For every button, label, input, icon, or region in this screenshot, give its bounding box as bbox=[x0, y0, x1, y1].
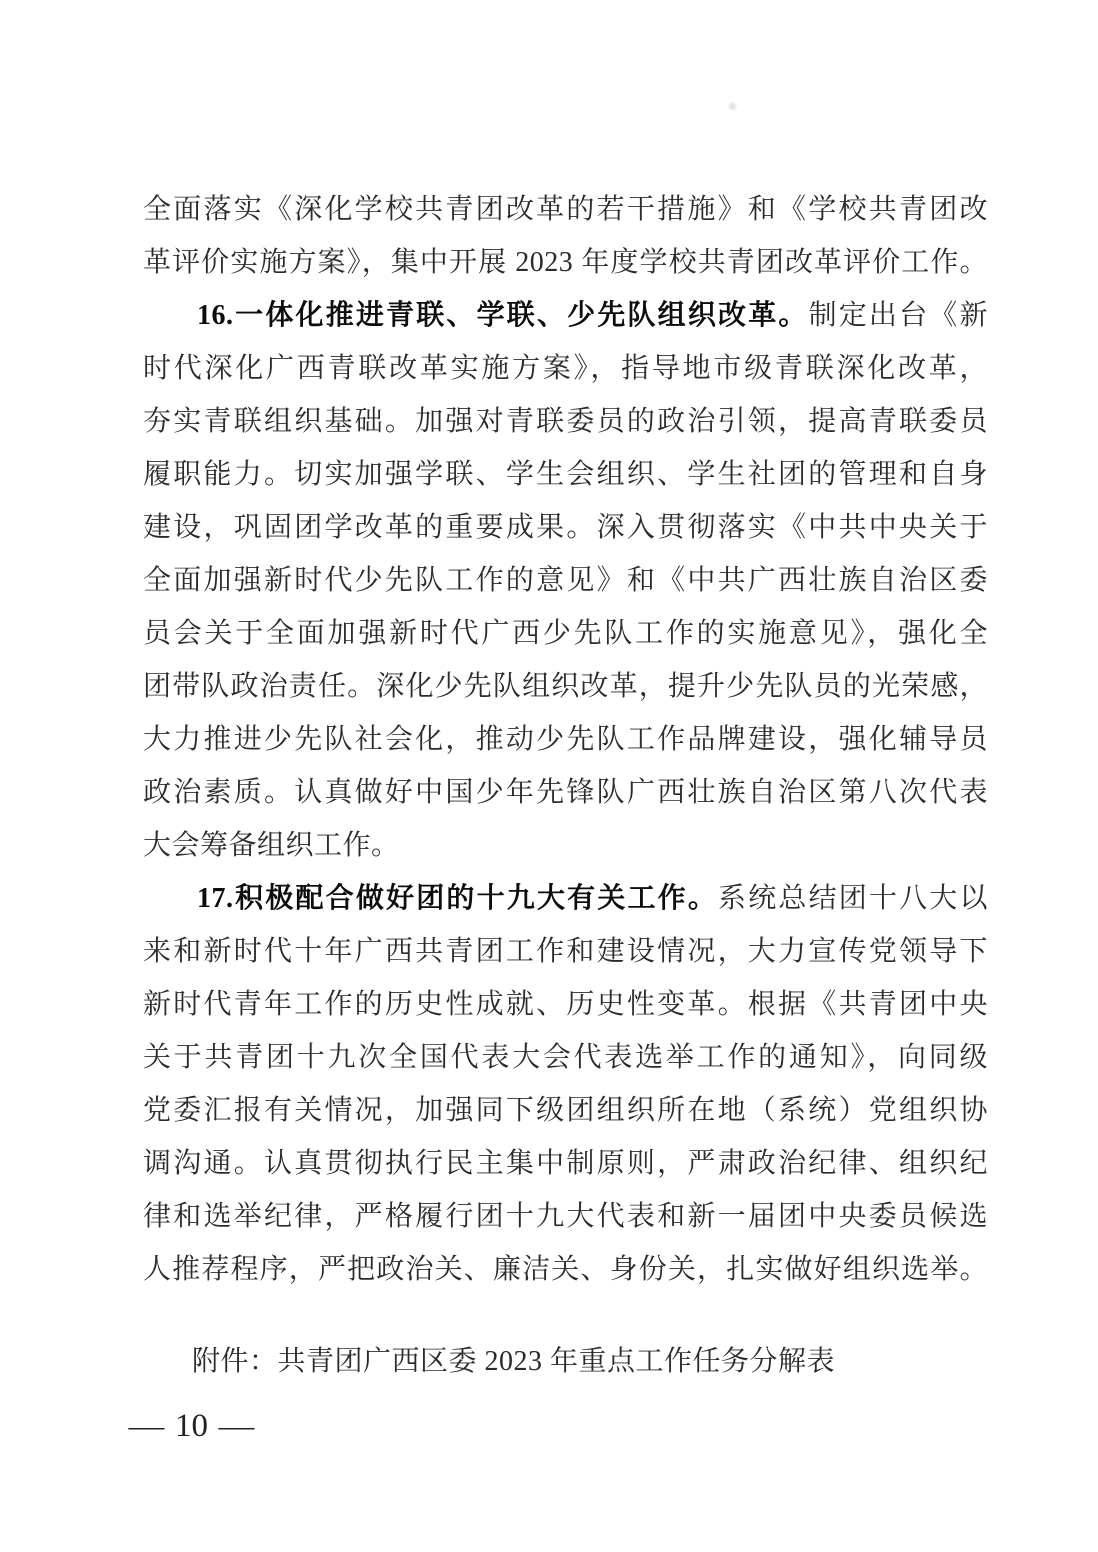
text-line: 团带队政治责任。深化少先队组织改革，提升少先队员的光荣感， bbox=[143, 660, 988, 713]
para17-first-line-rest: 系统总结团十八大以 bbox=[718, 883, 988, 914]
text-line: 关于共青团十九次全国代表大会代表选举工作的通知》，向同级 bbox=[143, 1031, 988, 1084]
text-line: 员会关于全面加强新时代广西少先队工作的实施意见》，强化全 bbox=[143, 607, 988, 660]
text-line: 大力推进少先队社会化，推动少先队工作品牌建设，强化辅导员 bbox=[143, 713, 988, 766]
para17-last-line: 人推荐程序，严把政治关、廉洁关、身份关，扎实做好组织选举。 bbox=[143, 1243, 988, 1296]
attachment-note: 附件：共青团广西区委 2023 年重点工作任务分解表 bbox=[143, 1335, 988, 1388]
text-line: 时代深化广西青联改革实施方案》，指导地市级青联深化改革， bbox=[143, 342, 988, 395]
text-line: 调沟通。认真贯彻执行民主集中制原则，严肃政治纪律、组织纪 bbox=[143, 1137, 988, 1190]
text-line: 政治素质。认真做好中国少年先锋队广西壮族自治区第八次代表 bbox=[143, 766, 988, 819]
text-line: 建设，巩固团学改革的重要成果。深入贯彻落实《中共中央关于 bbox=[143, 501, 988, 554]
text-line: 夯实青联组织基础。加强对青联委员的政治引领，提高青联委员 bbox=[143, 395, 988, 448]
para16-first-line: 16.一体化推进青联、学联、少先队组织改革。制定出台《新 bbox=[143, 289, 988, 342]
page-number: — 10 — bbox=[131, 1404, 252, 1448]
text-line: 全面加强新时代少先队工作的意见》和《中共广西壮族自治区委 bbox=[143, 554, 988, 607]
text-line: 全面落实《深化学校共青团改革的若干措施》和《学校共青团改 bbox=[143, 183, 988, 236]
document-body: 全面落实《深化学校共青团改革的若干措施》和《学校共青团改 革评价实施方案》，集中… bbox=[143, 183, 988, 1388]
text-line: 党委汇报有关情况，加强同下级团组织所在地（系统）党组织协 bbox=[143, 1084, 988, 1137]
text-line: 律和选举纪律，严格履行团十九大代表和新一届团中央委员候选 bbox=[143, 1190, 988, 1243]
text-line: 来和新时代十年广西共青团工作和建设情况，大力宣传党领导下 bbox=[143, 925, 988, 978]
para16-last-line: 大会筹备组织工作。 bbox=[143, 819, 988, 872]
para16-heading: 16.一体化推进青联、学联、少先队组织改革。 bbox=[197, 300, 809, 331]
text-line: 新时代青年工作的历史性成就、历史性变革。根据《共青团中央 bbox=[143, 978, 988, 1031]
page-number-right-dash: — bbox=[219, 1408, 255, 1444]
page-number-left-dash: — bbox=[129, 1408, 165, 1444]
document-page: 全面落实《深化学校共青团改革的若干措施》和《学校共青团改 革评价实施方案》，集中… bbox=[0, 0, 1098, 1552]
para17-first-line: 17.积极配合做好团的十九大有关工作。系统总结团十八大以 bbox=[143, 872, 988, 925]
para16-first-line-rest: 制定出台《新 bbox=[809, 300, 988, 331]
para17-heading: 17.积极配合做好团的十九大有关工作。 bbox=[197, 883, 718, 914]
text-line: 革评价实施方案》，集中开展 2023 年度学校共青团改革评价工作。 bbox=[143, 236, 988, 289]
page-number-value: 10 bbox=[175, 1408, 208, 1445]
text-line: 履职能力。切实加强学联、学生会组织、学生社团的管理和自身 bbox=[143, 448, 988, 501]
scan-artifact-dot bbox=[728, 102, 737, 111]
